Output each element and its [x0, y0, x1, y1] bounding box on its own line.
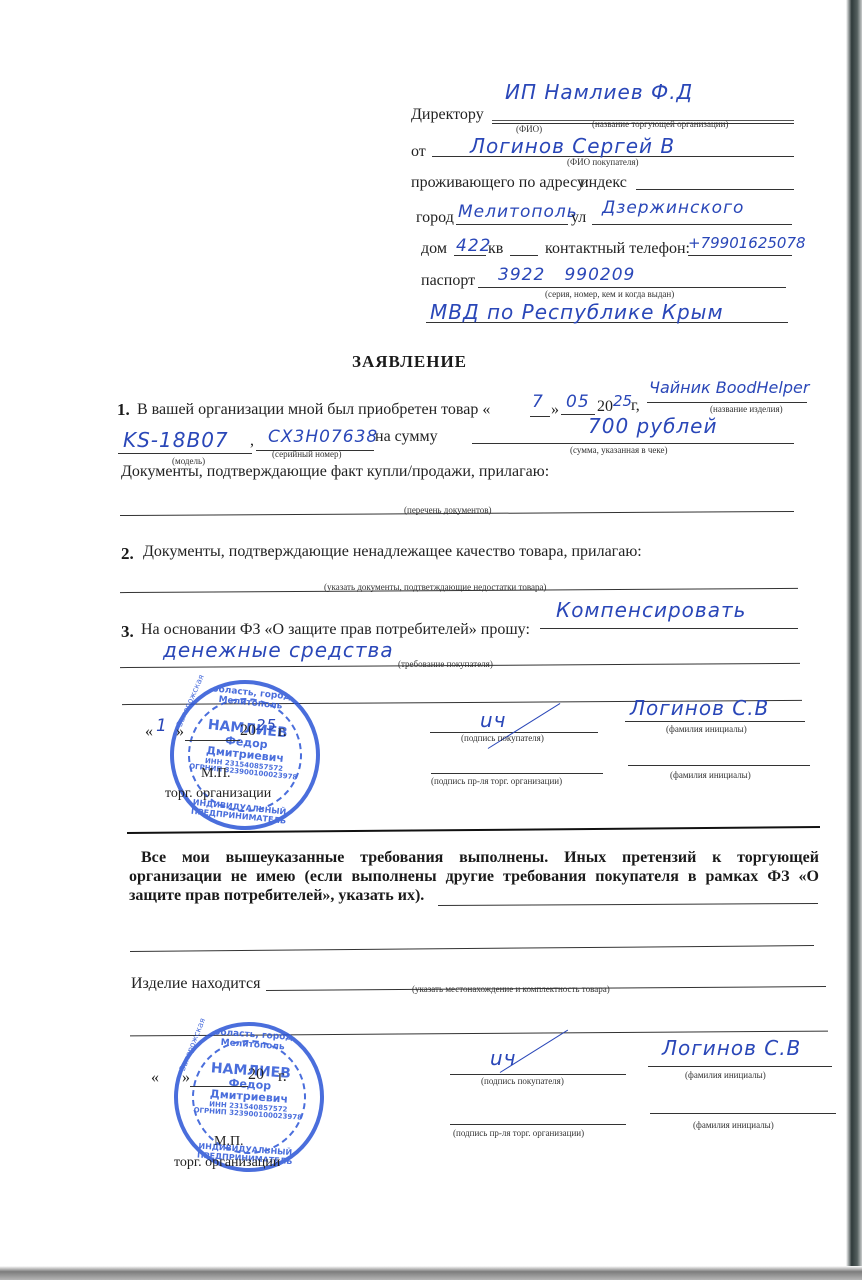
street-label: ул — [571, 209, 586, 227]
date1-day[interactable]: 1 — [156, 716, 168, 736]
city-value[interactable]: Мелитополь — [458, 202, 578, 222]
seal-stamp-2: область, город Мелитополь Запорожская НА… — [169, 1017, 329, 1177]
name1-caption: (фамилия инициалы) — [666, 724, 747, 734]
org2-label: торг. организации — [174, 1155, 280, 1171]
date1-mid: » — [176, 723, 184, 741]
phone-line — [688, 255, 792, 256]
seller-sig1-line — [431, 773, 603, 774]
from-label: от — [411, 143, 426, 161]
date2-mid: » — [182, 1069, 190, 1087]
section2-text: Документы, подтверждающие ненадлежащее к… — [143, 543, 642, 561]
street-line — [592, 224, 792, 225]
section1-number: 1. — [117, 400, 130, 420]
section3-caption: (требование покупателя) — [398, 659, 493, 669]
seller-sig2-line — [450, 1124, 626, 1125]
buyer-name2-line — [648, 1066, 832, 1067]
house-value[interactable]: 422 — [456, 236, 491, 256]
location-label: Изделие находится — [131, 975, 260, 993]
serial-caption: (серийный номер) — [272, 449, 342, 459]
date2-month-line — [190, 1086, 248, 1087]
house-label: дом — [421, 240, 447, 258]
phone-label: контактный телефон: — [545, 240, 690, 258]
buyer-sig2-caption: (подпись покупателя) — [481, 1076, 564, 1086]
passport-line — [478, 287, 786, 288]
seller-name2-caption: (фамилия инициалы) — [693, 1120, 774, 1130]
section2-caption: (указать документы, подтветждающие недос… — [324, 582, 546, 592]
date1-year-prefix: 20 — [240, 722, 256, 740]
mp2-label: М.П. — [214, 1134, 244, 1150]
docs-label: Документы, подтверждающие факт купли/про… — [121, 463, 549, 481]
buyer-name1[interactable]: Логинов С.В — [630, 696, 769, 720]
section2-number: 2. — [121, 544, 134, 564]
date2-open-quote: « — [151, 1069, 159, 1087]
buyer-name1-line — [625, 721, 805, 722]
city-line — [456, 224, 568, 225]
city-label: город — [416, 209, 454, 227]
apt-line — [510, 255, 538, 256]
section3-number: 3. — [121, 622, 134, 642]
sum-caption: (сумма, указанная в чеке) — [570, 445, 668, 455]
seller-name2-line — [650, 1113, 836, 1114]
mp1-label: М.П. — [201, 766, 231, 782]
page-bottom-edge — [0, 1266, 862, 1280]
passport-caption: (серия, номер, кем и когда выдан) — [545, 289, 674, 299]
purchase-year[interactable]: 25 — [613, 392, 632, 410]
phone-value[interactable]: +79901625078 — [688, 234, 806, 252]
director-label: Директору — [411, 106, 484, 124]
page-edge-shadow — [846, 0, 862, 1280]
org-caption: (название торгующей организации) — [592, 119, 728, 129]
fio-caption: (ФИО) — [516, 124, 542, 134]
date1-year[interactable]: 25 — [256, 716, 277, 734]
document-title: ЗАЯВЛЕНИЕ — [352, 352, 467, 372]
buyer-sig1-caption: (подпись покупателя) — [461, 733, 544, 743]
seller-sig1-caption: (подпись пр-ля торг. организации) — [431, 776, 562, 786]
model-value[interactable]: KS-18B07 — [123, 428, 229, 452]
date2-year-prefix: 20 — [248, 1066, 264, 1084]
seller-name1-caption: (фамилия инициалы) — [670, 770, 751, 780]
address-label: проживающего по адресу: — [411, 174, 589, 192]
location-caption: (указать местонахождение и комплектность… — [412, 984, 610, 994]
section3-value2[interactable]: денежные средства — [163, 638, 394, 662]
buyer-sig2-line — [450, 1074, 626, 1075]
sum-value[interactable]: 700 рублей — [588, 414, 717, 438]
date2-g: г. — [278, 1068, 287, 1086]
date1-g: г. — [278, 723, 287, 741]
day-line — [530, 416, 550, 417]
name2-caption: (фамилия инициалы) — [685, 1070, 766, 1080]
model-line — [118, 453, 252, 454]
passport-issuer[interactable]: МВД по Республике Крым — [430, 300, 724, 324]
passport-value[interactable]: 3922 990209 — [498, 265, 635, 285]
seller-sig2-caption: (подпись пр-ля торг. организации) — [453, 1128, 584, 1138]
section3-text: На основании ФЗ «О защите прав потребите… — [141, 621, 530, 639]
sum-line — [472, 443, 794, 444]
seller-name1-line — [628, 765, 810, 766]
street-value[interactable]: Дзержинского — [602, 198, 744, 218]
passport-label: паспорт — [421, 272, 475, 290]
buyer-name2[interactable]: Логинов С.В — [662, 1036, 801, 1060]
section3-line1 — [540, 628, 798, 629]
seal-stamp-1: область, город Мелитополь Запорожская НА… — [163, 673, 328, 838]
date1-open-quote: « — [145, 723, 153, 741]
product-name[interactable]: Чайник BoodHelper — [649, 378, 809, 397]
buyer-caption: (ФИО покупателя) — [567, 157, 639, 167]
product-line — [647, 402, 807, 403]
purchase-month[interactable]: 05 — [566, 392, 590, 412]
serial-value[interactable]: CX3H07638 — [268, 427, 378, 447]
index-line — [636, 189, 794, 190]
director-value[interactable]: ИП Намлиев Ф.Д — [505, 80, 693, 104]
date1-month-line — [185, 740, 240, 741]
purchase-day[interactable]: 7 — [532, 392, 544, 412]
section3-value1[interactable]: Компенсировать — [556, 598, 746, 622]
model-comma: , — [250, 432, 254, 450]
section1-text: В вашей организации мной был приобретен … — [137, 401, 490, 419]
apt-label: кв — [488, 240, 503, 258]
sum-label: на сумму — [375, 428, 438, 446]
completion-text: Все мои вышеуказанные требования выполне… — [129, 848, 819, 905]
docs-caption: (перечень документов) — [404, 505, 492, 515]
org1-label: торг. организации — [165, 786, 271, 802]
year-g: г, — [631, 397, 640, 415]
from-value[interactable]: Логинов Сергей В — [470, 134, 675, 158]
index-label: индекс — [580, 174, 627, 192]
product-caption: (название изделия) — [710, 404, 783, 414]
day-close-quote: » — [551, 401, 559, 419]
